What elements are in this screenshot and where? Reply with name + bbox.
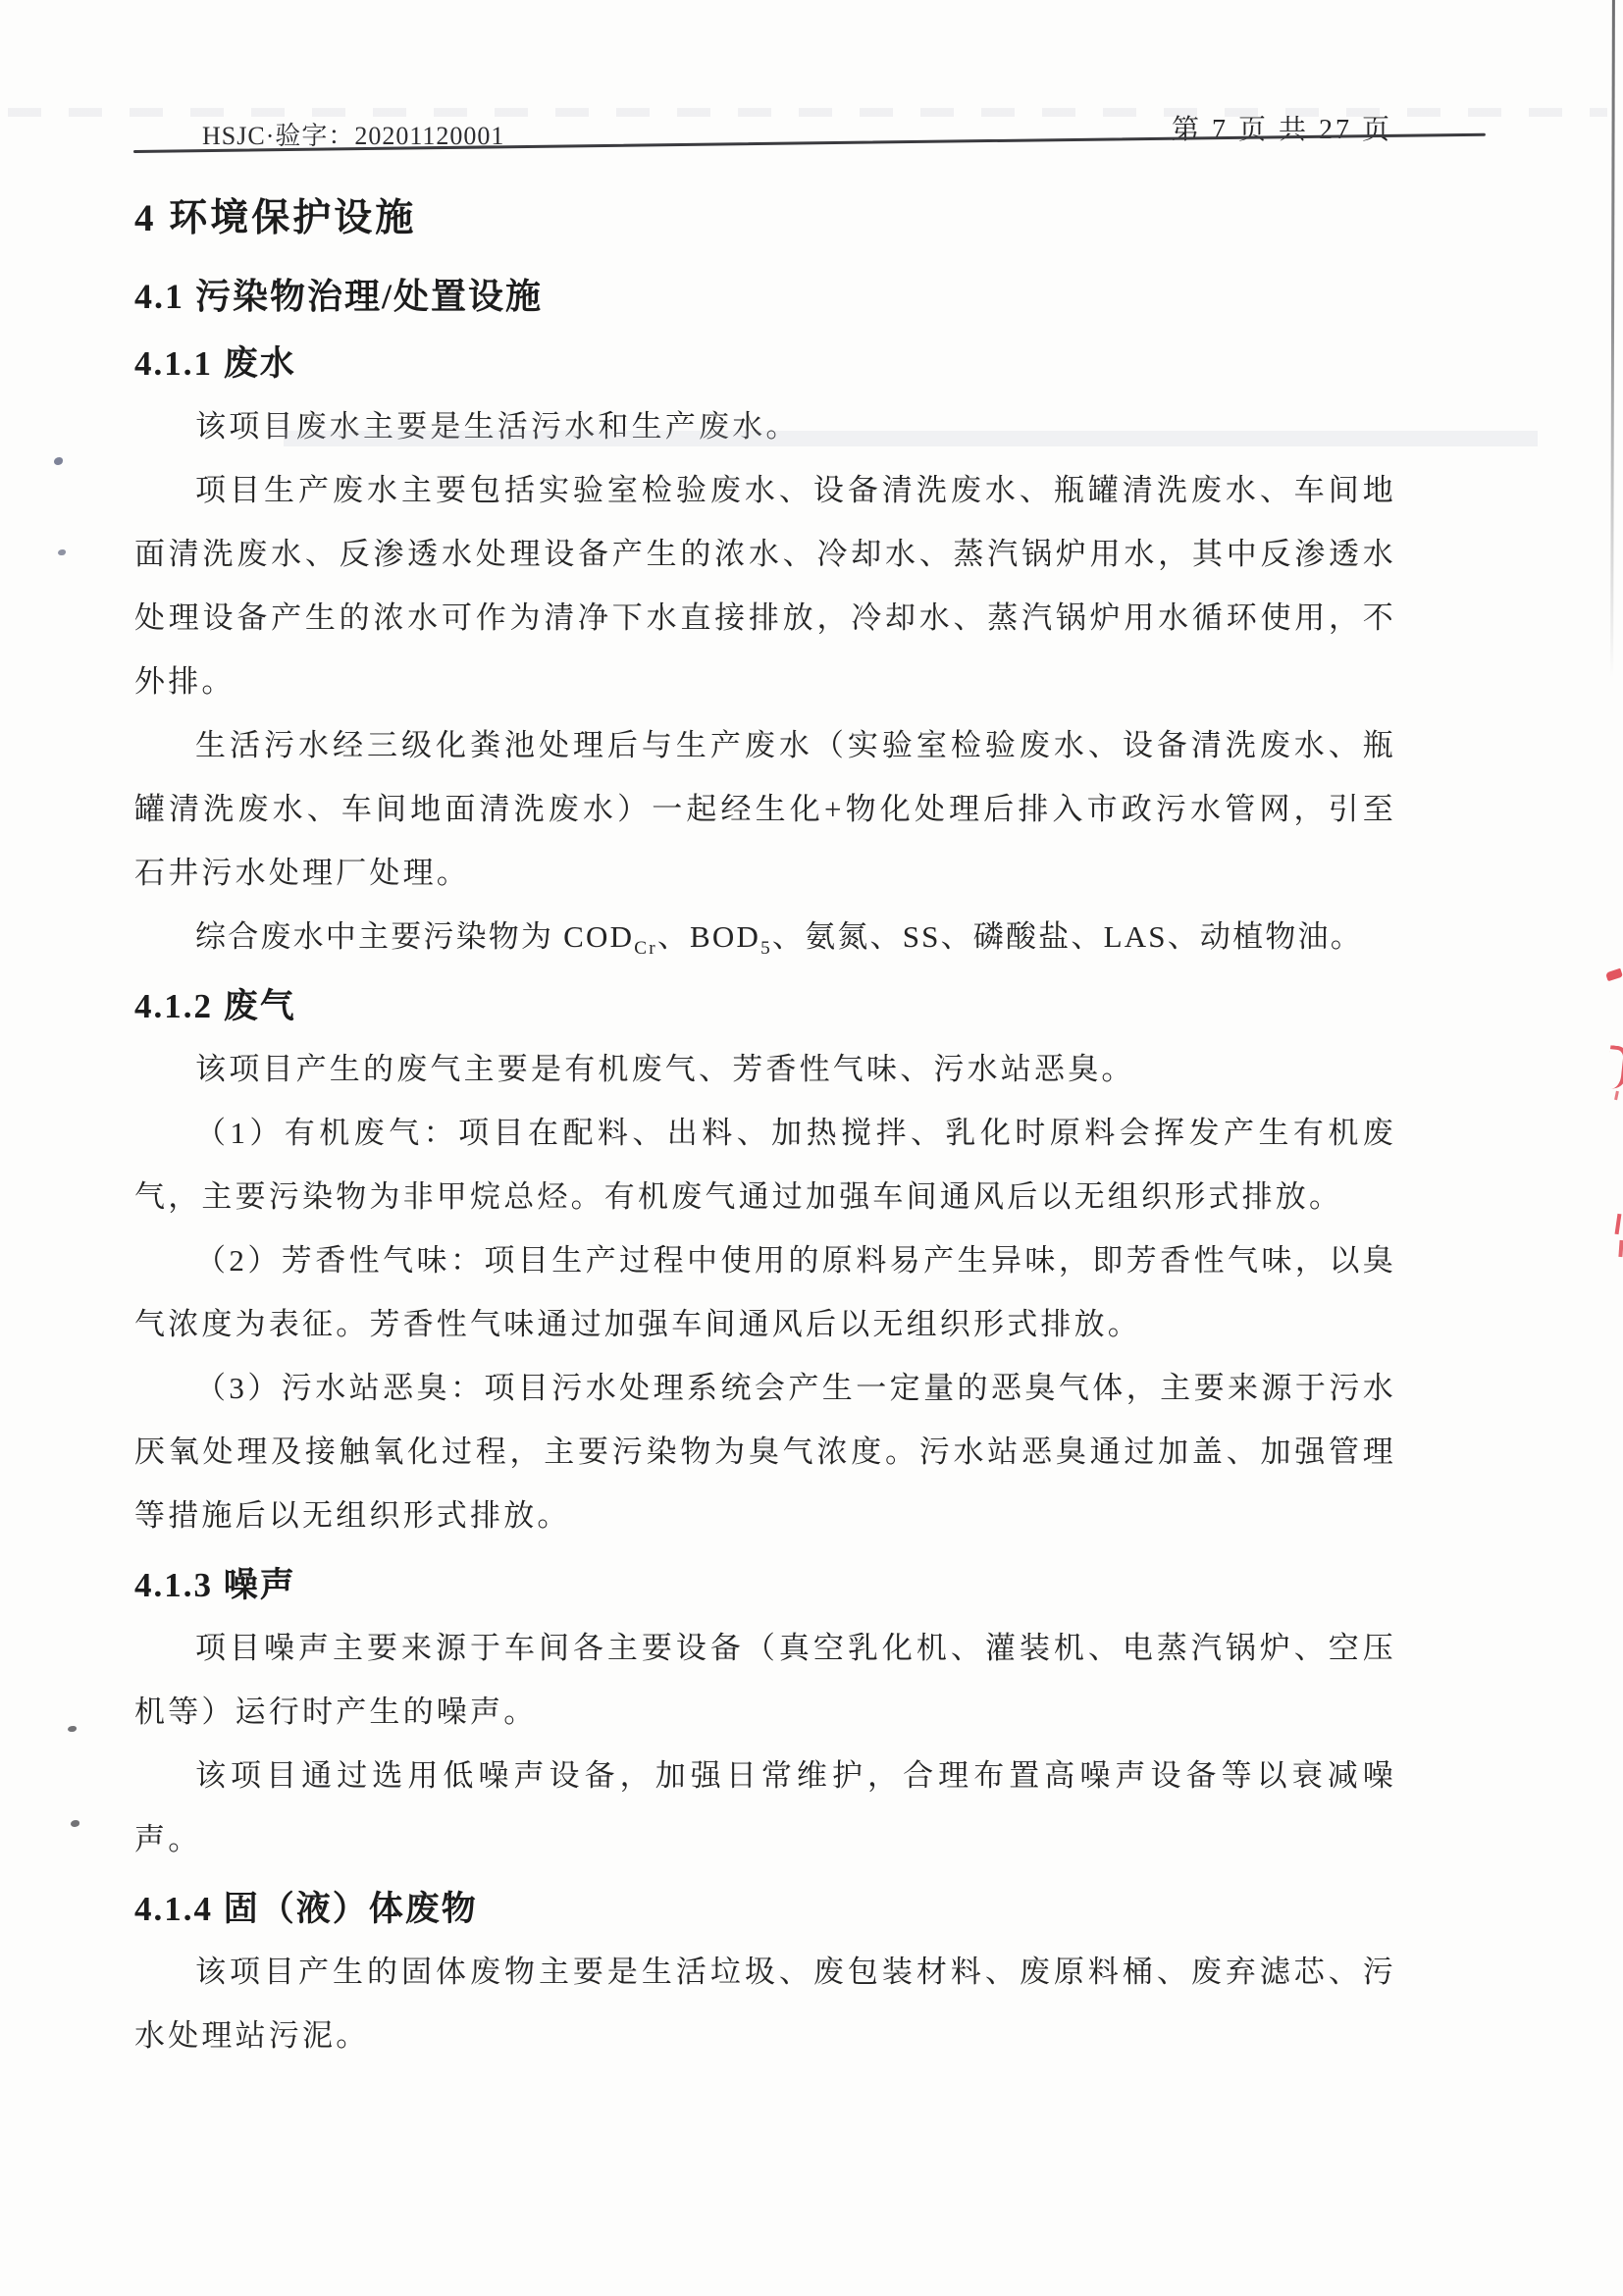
red-seal-mark-2: [1606, 1045, 1623, 1090]
paragraph-wastewater-intro: 该项目废水主要是生活污水和生产废水。: [134, 394, 1396, 458]
document-page: HSJC·验字：20201120001 第 7 页 共 27 页 4 环境保护设…: [0, 0, 1623, 2296]
paragraph-solid-waste: 该项目产生的固体废物主要是生活垃圾、废包装材料、废原料桶、废弃滤芯、污水处理站污…: [134, 1940, 1396, 2067]
cod-text-lead: 综合废水中主要污染物为 COD: [195, 919, 634, 954]
scan-band-artifact: [284, 431, 1538, 446]
scan-speck-1: [54, 457, 63, 465]
section-heading-solid-waste: 4.1.4 固（液）体废物: [134, 1885, 1396, 1934]
section-heading-noise: 4.1.3 噪声: [134, 1561, 1396, 1610]
paragraph-gas-organic: （1）有机废气：项目在配料、出料、加热搅拌、乳化时原料会挥发产生有机废气，主要污…: [134, 1101, 1396, 1228]
paragraph-wastewater-domestic: 生活污水经三级化粪池处理后与生产废水（实验室检验废水、设备清洗废水、瓶罐清洗废水…: [134, 713, 1396, 905]
paragraph-wastewater-pollutants: 综合废水中主要污染物为 CODCr、BOD5、氨氮、SS、磷酸盐、LAS、动植物…: [134, 905, 1396, 968]
red-seal-mark-1: [1605, 968, 1623, 982]
section-heading-pollutant-treatment: 4.1 污染物治理/处置设施: [134, 271, 1396, 322]
section-heading-env-facilities: 4 环境保护设施: [134, 192, 1396, 245]
paragraph-noise-control: 该项目通过选用低噪声设备，加强日常维护，合理布置高噪声设备等以衰减噪声。: [134, 1744, 1396, 1871]
cod-text-mid: 、BOD: [657, 919, 760, 954]
paragraph-gas-odor: （3）污水站恶臭：项目污水处理系统会产生一定量的恶臭气体，主要来源于污水厌氧处理…: [134, 1356, 1396, 1547]
scan-edge-line: [1610, 0, 1615, 677]
scan-speck-4: [71, 1820, 79, 1827]
red-seal-mark-2b: [1614, 1091, 1619, 1100]
scan-speck-2: [58, 549, 66, 555]
paragraph-noise-sources: 项目噪声主要来源于车间各主要设备（真空乳化机、灌装机、电蒸汽锅炉、空压机等）运行…: [134, 1616, 1396, 1744]
scan-speck-3: [68, 1726, 77, 1732]
document-body: 4 环境保护设施 4.1 污染物治理/处置设施 4.1.1 废水 该项目废水主要…: [134, 192, 1396, 2067]
section-heading-waste-gas: 4.1.2 废气: [134, 982, 1396, 1031]
paragraph-gas-aroma: （2）芳香性气味：项目生产过程中使用的原料易产生异味，即芳香性气味，以臭气浓度为…: [134, 1228, 1396, 1356]
cod-subscript-cr: Cr: [634, 938, 657, 959]
red-seal-mark-3a: [1615, 1214, 1622, 1234]
red-seal-mark-3b: [1618, 1240, 1623, 1257]
section-heading-wastewater: 4.1.1 废水: [134, 339, 1396, 389]
page-number: 第 7 页 共 27 页: [1172, 108, 1392, 147]
bod-subscript-5: 5: [760, 938, 772, 959]
paragraph-wastewater-sources: 项目生产废水主要包括实验室检验废水、设备清洗废水、瓶罐清洗废水、车间地面清洗废水…: [134, 458, 1396, 713]
paragraph-gas-intro: 该项目产生的废气主要是有机废气、芳香性气味、污水站恶臭。: [134, 1037, 1396, 1101]
cod-text-tail: 、氨氮、SS、磷酸盐、LAS、动植物油。: [772, 919, 1363, 954]
